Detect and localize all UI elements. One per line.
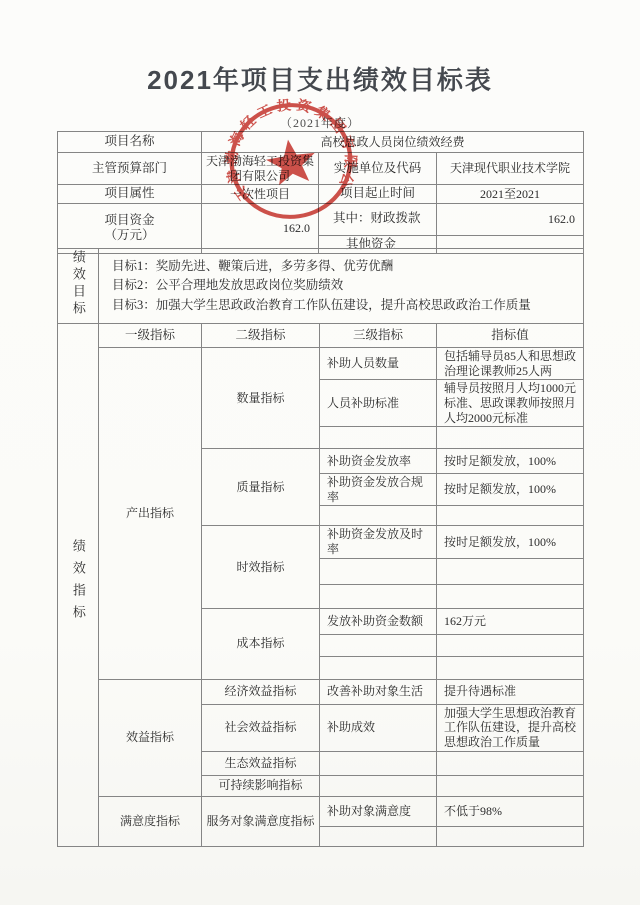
value-cell — [437, 584, 584, 608]
level1-cell: 产出指标 — [99, 348, 202, 680]
value-cell: 包括辅导员85人和思想政治理论课教师25人两 — [437, 348, 584, 380]
level3-cell: 补助资金发放合规率 — [320, 474, 437, 506]
budget-dept-value: 天津渤海轻工投资集团有限公司 — [202, 153, 319, 185]
level3-cell: 补助人员数量 — [320, 348, 437, 380]
indicators-header-row: 绩效指标 一级指标 二级指标 三级指标 指标值 — [58, 324, 584, 348]
value-cell: 162万元 — [437, 608, 584, 634]
project-period-value: 2021至2021 — [437, 185, 584, 203]
table-row: 主管预算部门 天津渤海轻工投资集团有限公司 实施单位及代码 天津现代职业技术学院 — [58, 153, 584, 185]
level2-cell: 质量指标 — [202, 449, 320, 526]
header-value: 指标值 — [437, 324, 584, 348]
project-attr-value: 一次性项目 — [202, 185, 319, 203]
project-attr-label: 项目属性 — [58, 185, 202, 203]
level3-cell — [320, 634, 437, 656]
goals-header-cell: 绩效目标 — [58, 249, 99, 324]
table-row: 绩效目标 目标1：奖励先进、鞭策后进，多劳多得、优劳优酬 目标2：公平合理地发放… — [58, 249, 584, 324]
impl-unit-label: 实施单位及代码 — [319, 153, 437, 185]
fund-label-line1: 项目资金 — [62, 213, 197, 228]
page-title: 2021年项目支出绩效目标表 — [0, 60, 640, 97]
project-name-value: 高校思政人员岗位绩效经费 — [202, 132, 584, 153]
level3-cell: 补助资金发放及时率 — [320, 526, 437, 558]
level1-cell: 效益指标 — [99, 679, 202, 796]
project-fund-label: 项目资金 （万元） — [58, 203, 202, 253]
level3-cell — [320, 584, 437, 608]
fiscal-grant-value: 162.0 — [437, 203, 584, 235]
level3-cell — [320, 558, 437, 584]
indicator-row: 满意度指标 服务对象满意度指标 补助对象满意度 不低于98% — [58, 796, 584, 826]
value-cell: 不低于98% — [437, 796, 584, 826]
value-cell — [437, 634, 584, 656]
level2-cell: 时效指标 — [202, 526, 320, 608]
impl-unit-value: 天津现代职业技术学院 — [437, 153, 584, 185]
goal-2: 目标2：公平合理地发放思政岗位奖励绩效 — [106, 276, 579, 295]
level2-cell: 数量指标 — [202, 348, 320, 449]
scanned-document-page: 2021年项目支出绩效目标表 （2021年度） 项目名称 高校思政人员岗位绩效经… — [0, 0, 640, 905]
header-level1: 一级指标 — [99, 324, 202, 348]
level3-cell — [320, 751, 437, 775]
value-cell — [437, 826, 584, 846]
level2-cell: 生态效益指标 — [202, 751, 320, 775]
value-cell — [437, 558, 584, 584]
level3-cell — [320, 826, 437, 846]
level2-cell: 服务对象满意度指标 — [202, 796, 320, 846]
value-cell: 按时足额发放，100% — [437, 526, 584, 558]
goals-vertical-label: 绩效目标 — [70, 250, 86, 318]
value-cell — [437, 427, 584, 449]
header-level2: 二级指标 — [202, 324, 320, 348]
value-cell: 加强大学生思想政治教育工作队伍建设，提升高校思想政治工作质量 — [437, 704, 584, 751]
goal-1: 目标1：奖励先进、鞭策后进，多劳多得、优劳优酬 — [106, 257, 579, 276]
project-period-label: 项目起止时间 — [319, 185, 437, 203]
level3-cell: 发放补助资金数额 — [320, 608, 437, 634]
fund-label-line2: （万元） — [62, 228, 197, 243]
goals-content-cell: 目标1：奖励先进、鞭策后进，多劳多得、优劳优酬 目标2：公平合理地发放思政岗位奖… — [99, 249, 584, 324]
level3-cell — [320, 775, 437, 796]
table-row: 项目名称 高校思政人员岗位绩效经费 — [58, 132, 584, 153]
goal-3: 目标3：加强大学生思政政治教育工作队伍建设，提升高校思政政治工作质量 — [106, 296, 579, 315]
value-cell: 按时足额发放，100% — [437, 474, 584, 506]
indicators-vertical-label: 绩效指标 — [70, 539, 86, 627]
value-cell: 提升待遇标准 — [437, 679, 584, 704]
value-cell: 辅导员按照月人均1000元标准、思政课教师按照月人均2000元标准 — [437, 380, 584, 427]
level3-cell: 补助对象满意度 — [320, 796, 437, 826]
level1-cell: 满意度指标 — [99, 796, 202, 846]
table-row: 项目资金 （万元） 162.0 其中：财政拨款 162.0 — [58, 203, 584, 235]
fiscal-grant-label: 其中：财政拨款 — [319, 203, 437, 235]
value-cell — [437, 656, 584, 679]
level3-cell: 补助成效 — [320, 704, 437, 751]
level2-cell: 社会效益指标 — [202, 704, 320, 751]
level3-cell — [320, 656, 437, 679]
indicator-row: 效益指标 经济效益指标 改善补助对象生活 提升待遇标准 — [58, 679, 584, 704]
value-cell — [437, 775, 584, 796]
page-subtitle: （2021年度） — [0, 114, 640, 131]
value-cell — [437, 751, 584, 775]
project-info-table: 项目名称 高校思政人员岗位绩效经费 主管预算部门 天津渤海轻工投资集团有限公司 … — [57, 131, 584, 254]
level2-cell: 可持续影响指标 — [202, 775, 320, 796]
performance-goals-table: 绩效目标 目标1：奖励先进、鞭策后进，多劳多得、优劳优酬 目标2：公平合理地发放… — [57, 248, 584, 324]
project-name-label: 项目名称 — [58, 132, 202, 153]
value-cell — [437, 506, 584, 526]
indicator-row: 产出指标 数量指标 补助人员数量 包括辅导员85人和思想政治理论课教师25人两 — [58, 348, 584, 380]
performance-indicators-table: 绩效指标 一级指标 二级指标 三级指标 指标值 产出指标 数量指标 补助人员数量… — [57, 323, 584, 847]
level3-cell: 人员补助标准 — [320, 380, 437, 427]
level3-cell — [320, 506, 437, 526]
level3-cell: 补助资金发放率 — [320, 449, 437, 474]
budget-dept-label: 主管预算部门 — [58, 153, 202, 185]
header-level3: 三级指标 — [320, 324, 437, 348]
level3-cell — [320, 427, 437, 449]
level2-cell: 成本指标 — [202, 608, 320, 679]
value-cell: 按时足额发放，100% — [437, 449, 584, 474]
table-row: 项目属性 一次性项目 项目起止时间 2021至2021 — [58, 185, 584, 203]
indicators-vertical-cell: 绩效指标 — [58, 324, 99, 847]
level3-cell: 改善补助对象生活 — [320, 679, 437, 704]
level2-cell: 经济效益指标 — [202, 679, 320, 704]
fund-total-value: 162.0 — [202, 203, 319, 253]
